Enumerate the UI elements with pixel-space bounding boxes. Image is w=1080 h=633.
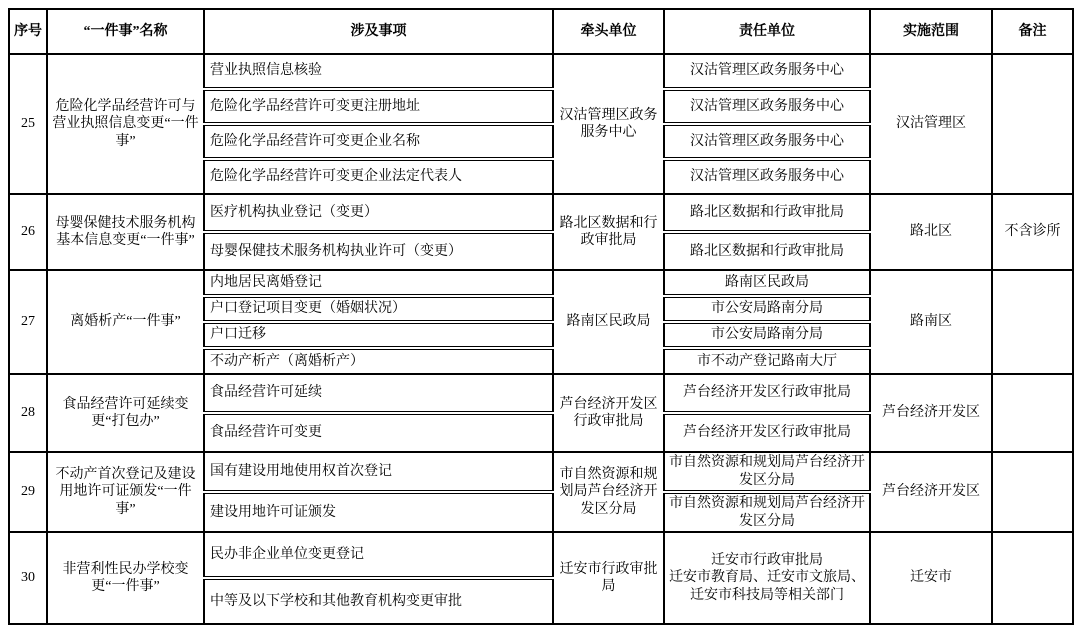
name-cell: 非营利性民办学校变更“一件事” [47, 532, 204, 624]
item-cell: 医疗机构执业登记（变更） [204, 194, 553, 232]
scope-cell: 迁安市 [870, 532, 992, 624]
item-cell: 国有建设用地使用权首次登记 [204, 452, 553, 492]
col-header-seq: 序号 [9, 9, 47, 54]
resp-unit-cell: 路北区数据和行政审批局 [664, 194, 870, 232]
scope-cell: 路北区 [870, 194, 992, 270]
matters-table: 序号 “一件事”名称 涉及事项 牵头单位 责任单位 实施范围 备注 25 危险化… [8, 8, 1074, 625]
scope-cell: 汉沽管理区 [870, 54, 992, 194]
item-cell: 营业执照信息核验 [204, 54, 553, 89]
resp-unit-cell: 市公安局路南分局 [664, 296, 870, 322]
note-cell [992, 270, 1073, 374]
seq-cell: 25 [9, 54, 47, 194]
item-cell: 危险化学品经营许可变更企业名称 [204, 124, 553, 159]
table-row: 27 离婚析产“一件事” 内地居民离婚登记 路南区民政局 路南区民政局 路南区 [9, 270, 1073, 296]
header-row: 序号 “一件事”名称 涉及事项 牵头单位 责任单位 实施范围 备注 [9, 9, 1073, 54]
table-row: 25 危险化学品经营许可与营业执照信息变更“一件事” 营业执照信息核验 汉沽管理… [9, 54, 1073, 89]
resp-unit-cell: 市自然资源和规划局芦台经济开发区分局 [664, 492, 870, 532]
row-group-30: 30 非营利性民办学校变更“一件事” 民办非企业单位变更登记 迁安市行政审批局 … [9, 532, 1073, 624]
item-cell: 食品经营许可延续 [204, 374, 553, 413]
item-cell: 危险化学品经营许可变更注册地址 [204, 89, 553, 124]
scope-cell: 芦台经济开发区 [870, 374, 992, 452]
name-cell: 离婚析产“一件事” [47, 270, 204, 374]
col-header-items: 涉及事项 [204, 9, 553, 54]
seq-cell: 28 [9, 374, 47, 452]
resp-unit-cell: 芦台经济开发区行政审批局 [664, 413, 870, 452]
resp-unit-cell: 汉沽管理区政务服务中心 [664, 159, 870, 194]
lead-unit-cell: 路北区数据和行政审批局 [553, 194, 664, 270]
note-cell [992, 452, 1073, 532]
seq-cell: 27 [9, 270, 47, 374]
document-page: 序号 “一件事”名称 涉及事项 牵头单位 责任单位 实施范围 备注 25 危险化… [0, 0, 1080, 633]
table-row: 28 食品经营许可延续变更“打包办” 食品经营许可延续 芦台经济开发区行政审批局… [9, 374, 1073, 413]
row-group-26: 26 母婴保健技术服务机构基本信息变更“一件事” 医疗机构执业登记（变更） 路北… [9, 194, 1073, 270]
note-cell: 不含诊所 [992, 194, 1073, 270]
resp-unit-cell: 市自然资源和规划局芦台经济开发区分局 [664, 452, 870, 492]
item-cell: 民办非企业单位变更登记 [204, 532, 553, 578]
seq-cell: 30 [9, 532, 47, 624]
item-cell: 户口登记项目变更（婚姻状况） [204, 296, 553, 322]
col-header-resp-unit: 责任单位 [664, 9, 870, 54]
seq-cell: 29 [9, 452, 47, 532]
name-cell: 母婴保健技术服务机构基本信息变更“一件事” [47, 194, 204, 270]
row-group-27: 27 离婚析产“一件事” 内地居民离婚登记 路南区民政局 路南区民政局 路南区 … [9, 270, 1073, 374]
table-row: 29 不动产首次登记及建设用地许可证颁发“一件事” 国有建设用地使用权首次登记 … [9, 452, 1073, 492]
item-cell: 户口迁移 [204, 322, 553, 348]
lead-unit-cell: 汉沽管理区政务服务中心 [553, 54, 664, 194]
item-cell: 不动产析产（离婚析产） [204, 348, 553, 374]
row-group-29: 29 不动产首次登记及建设用地许可证颁发“一件事” 国有建设用地使用权首次登记 … [9, 452, 1073, 532]
item-cell: 食品经营许可变更 [204, 413, 553, 452]
row-group-25: 25 危险化学品经营许可与营业执照信息变更“一件事” 营业执照信息核验 汉沽管理… [9, 54, 1073, 194]
resp-unit-cell: 迁安市行政审批局 迁安市教育局、迁安市文旅局、迁安市科技局等相关部门 [664, 532, 870, 624]
seq-cell: 26 [9, 194, 47, 270]
resp-unit-cell: 芦台经济开发区行政审批局 [664, 374, 870, 413]
scope-cell: 路南区 [870, 270, 992, 374]
lead-unit-cell: 迁安市行政审批局 [553, 532, 664, 624]
resp-unit-cell: 汉沽管理区政务服务中心 [664, 89, 870, 124]
scope-cell: 芦台经济开发区 [870, 452, 992, 532]
resp-unit-cell: 汉沽管理区政务服务中心 [664, 54, 870, 89]
name-cell: 危险化学品经营许可与营业执照信息变更“一件事” [47, 54, 204, 194]
table-row: 30 非营利性民办学校变更“一件事” 民办非企业单位变更登记 迁安市行政审批局 … [9, 532, 1073, 578]
item-cell: 中等及以下学校和其他教育机构变更审批 [204, 578, 553, 624]
lead-unit-cell: 路南区民政局 [553, 270, 664, 374]
col-header-lead-unit: 牵头单位 [553, 9, 664, 54]
col-header-note: 备注 [992, 9, 1073, 54]
resp-unit-cell: 市不动产登记路南大厅 [664, 348, 870, 374]
lead-unit-cell: 市自然资源和规划局芦台经济开发区分局 [553, 452, 664, 532]
note-cell [992, 54, 1073, 194]
note-cell [992, 532, 1073, 624]
resp-unit-cell: 路南区民政局 [664, 270, 870, 296]
col-header-name: “一件事”名称 [47, 9, 204, 54]
resp-unit-cell: 汉沽管理区政务服务中心 [664, 124, 870, 159]
name-cell: 不动产首次登记及建设用地许可证颁发“一件事” [47, 452, 204, 532]
name-cell: 食品经营许可延续变更“打包办” [47, 374, 204, 452]
col-header-scope: 实施范围 [870, 9, 992, 54]
note-cell [992, 374, 1073, 452]
item-cell: 内地居民离婚登记 [204, 270, 553, 296]
item-cell: 母婴保健技术服务机构执业许可（变更） [204, 232, 553, 270]
row-group-28: 28 食品经营许可延续变更“打包办” 食品经营许可延续 芦台经济开发区行政审批局… [9, 374, 1073, 452]
resp-unit-cell: 市公安局路南分局 [664, 322, 870, 348]
item-cell: 建设用地许可证颁发 [204, 492, 553, 532]
item-cell: 危险化学品经营许可变更企业法定代表人 [204, 159, 553, 194]
lead-unit-cell: 芦台经济开发区行政审批局 [553, 374, 664, 452]
table-row: 26 母婴保健技术服务机构基本信息变更“一件事” 医疗机构执业登记（变更） 路北… [9, 194, 1073, 232]
resp-unit-cell: 路北区数据和行政审批局 [664, 232, 870, 270]
